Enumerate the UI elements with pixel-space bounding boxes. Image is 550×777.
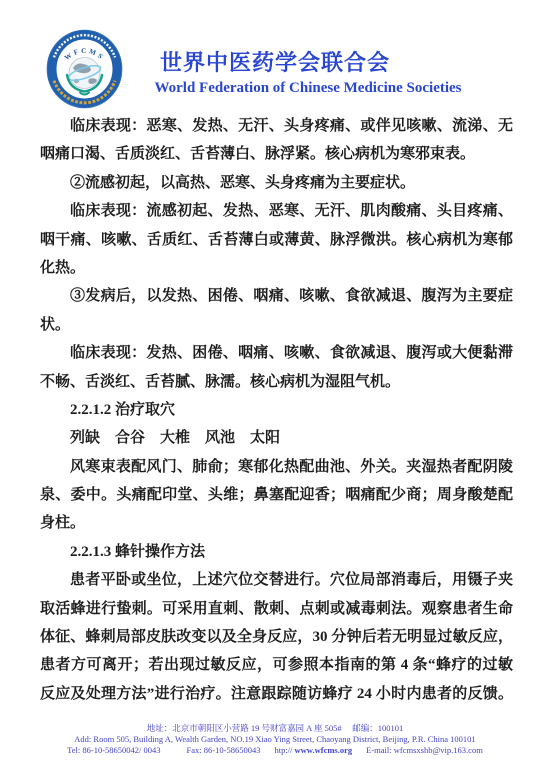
text-line: 患者方可离开；若出现过敏反应，可参照本指南的第 4 条“蜂疗的过敏 [40, 651, 513, 679]
footer-web-prefix: htp:// [274, 745, 292, 755]
text-line: 反应及处理方法”进行治疗。注意跟踪随访蜂疗 24 小时内患者的反馈。 [40, 680, 513, 708]
footer-address-cn: 地址：北京市朝阳区小营路 19 号财富嘉园 A 座 505# 邮编：100101 [0, 723, 550, 734]
text-line: 临床表现：流感初起、发热、恶寒、无汗、肌肉酸痛、头目疼痛、 [40, 197, 513, 225]
text-line: 2.2.1.2 治疗取穴 [40, 396, 513, 424]
text-line: 2.2.1.3 蜂针操作方法 [40, 538, 513, 566]
footer-email-link[interactable]: wfcmsxshb@vip.163.com [394, 745, 483, 755]
text-line: 咽干痛、咳嗽、舌质红、舌苔薄白或薄黄、脉浮微洪。核心病机为寒郁 [40, 226, 513, 254]
text-line: 患者平卧或坐位，上述穴位交替进行。穴位局部消毒后，用镊子夹 [40, 566, 513, 594]
text-line: 取活蜂进行蛰刺。可采用直刺、散刺、点刺或减毒刺法。观察患者生命 [40, 595, 513, 623]
text-line: 状。 [40, 311, 513, 339]
footer-contact-line: Tel: 86-10-58650042/ 0043Fax: 86-10-5865… [0, 745, 550, 756]
text-line: 风寒束表配风门、肺俞；寒郁化热配曲池、外关。夹湿热者配阴陵 [40, 453, 513, 481]
org-title-english: World Federation of Chinese Medicine Soc… [0, 80, 550, 97]
document-page: WFCMS 世界中医药学会联合会 World Federation of Chi… [0, 0, 550, 777]
text-line: ③发病后，以发热、困倦、咽痛、咳嗽、食欲减退、腹泻为主要症 [40, 282, 513, 310]
text-line: 化热。 [40, 254, 513, 282]
text-line: 咽痛口渴、舌质淡红、舌苔薄白、脉浮紧。核心病机为寒邪束表。 [40, 140, 513, 168]
footer-tel: Tel: 86-10-58650042/ 0043 [67, 745, 160, 755]
footer-address-en: Add: Room 505, Building A, Wealth Garden… [0, 734, 550, 745]
text-line: 不畅、舌淡红、舌苔腻、脉濡。核心病机为湿阻气机。 [40, 368, 513, 396]
text-line: 临床表现：恶寒、发热、无汗、头身疼痛、或伴见咳嗽、流涕、无 [40, 112, 513, 140]
text-line: 临床表现：发热、困倦、咽痛、咳嗽、食欲减退、腹泻或大便黏滞 [40, 339, 513, 367]
text-line: 泉、委中。头痛配印堂、头维；鼻塞配迎香；咽痛配少商；周身酸楚配 [40, 481, 513, 509]
org-title-chinese: 世界中医药学会联合会 [0, 46, 550, 77]
text-line: 身柱。 [40, 509, 513, 537]
footer-email-label: E-mail: [366, 745, 392, 755]
document-body: 临床表现：恶寒、发热、无汗、头身疼痛、或伴见咳嗽、流涕、无咽痛口渴、舌质淡红、舌… [40, 112, 513, 708]
footer-fax: Fax: 86-10-58650043 [187, 745, 261, 755]
page-footer: 地址：北京市朝阳区小营路 19 号财富嘉园 A 座 505# 邮编：100101… [0, 723, 550, 756]
text-line: 列缺 合谷 大椎 风池 太阳 [40, 424, 513, 452]
footer-web-link[interactable]: www.wfcms.org [295, 745, 353, 755]
text-line: 体征、蜂刺局部皮肤改变以及全身反应，30 分钟后若无明显过敏反应， [40, 623, 513, 651]
text-line: ②流感初起，以高热、恶寒、头身疼痛为主要症状。 [40, 169, 513, 197]
